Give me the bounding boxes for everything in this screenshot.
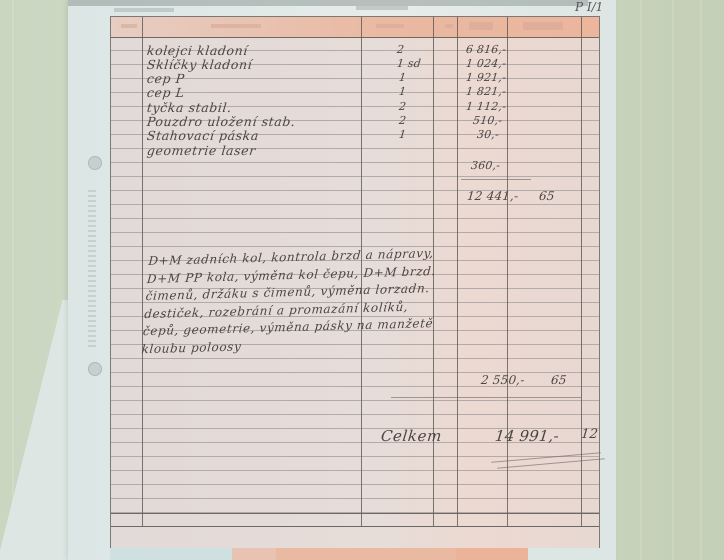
- column-divider: [507, 17, 508, 527]
- item-description: kolejci kladoní: [146, 43, 249, 58]
- printed-label-left: [114, 8, 174, 12]
- item-description: Sklíčky kladoní: [146, 57, 253, 72]
- invoice-sheet: kolejci kladoní 2 6 816,- Sklíčky kladon…: [110, 16, 600, 554]
- work-description-note: D+M zadních kol, kontrola brzd a nápravy…: [141, 245, 439, 359]
- item-description: tyčka stabil.: [146, 100, 232, 115]
- item-description: Pouzdro uložení stab.: [146, 114, 296, 129]
- column-divider: [581, 17, 582, 527]
- item-price: 1 112,-: [465, 100, 506, 113]
- labor-total: 2 550,-: [480, 373, 525, 387]
- column-divider: [457, 17, 458, 527]
- item-price: 1 921,-: [465, 71, 506, 84]
- footer-cell: [388, 548, 458, 560]
- side-printed-text: [88, 190, 96, 350]
- footer-cell: [232, 548, 278, 560]
- header-col-quantity: [376, 24, 404, 28]
- item-quantity: 1 sd: [396, 57, 421, 70]
- grand-total-cents: 12: [580, 427, 599, 442]
- header-col-total: [523, 22, 563, 30]
- clipboard-edge: [68, 0, 588, 6]
- item-quantity: 2: [396, 43, 405, 56]
- item-price: 1 821,-: [465, 85, 506, 98]
- footer-cell: [528, 548, 602, 560]
- footer-rule: [111, 526, 599, 540]
- grand-total: 14 991,-: [494, 427, 560, 445]
- table-header: [111, 17, 599, 38]
- column-divider: [142, 17, 143, 527]
- item-price: 360,-: [470, 159, 501, 172]
- labor-underline: [391, 397, 581, 398]
- item-price: 510,-: [472, 114, 503, 127]
- parts-subtotal-cents: 65: [538, 189, 555, 203]
- header-col-price: [469, 22, 493, 30]
- footer-cell: [276, 548, 390, 560]
- punch-hole-bottom: [88, 362, 102, 376]
- header-col-unit: [445, 24, 453, 28]
- item-quantity: 1: [398, 71, 407, 84]
- item-description: Stahovací páska: [146, 128, 260, 143]
- footer-cell: [456, 548, 530, 560]
- header-col-description: [211, 24, 261, 28]
- footer-rule: [111, 513, 599, 527]
- labor-total-cents: 65: [550, 373, 567, 387]
- corner-page-mark: P I/1: [575, 0, 603, 14]
- item-price: 1 024,-: [465, 57, 506, 70]
- item-price: 6 816,-: [465, 43, 506, 56]
- item-quantity: 2: [398, 114, 407, 127]
- punch-hole-top: [88, 156, 102, 170]
- header-col-code: [121, 24, 137, 28]
- subtotal-underline: [461, 179, 531, 180]
- parts-subtotal: 12 441,-: [466, 189, 519, 203]
- printed-label-center: [356, 6, 408, 10]
- item-quantity: 1: [398, 128, 407, 141]
- item-quantity: 1: [398, 85, 407, 98]
- footer-cell: [110, 548, 234, 560]
- item-description: cep P: [146, 71, 185, 86]
- item-quantity: 2: [398, 100, 407, 113]
- item-price: 30,-: [476, 128, 499, 141]
- item-description: cep L: [146, 85, 185, 100]
- grand-total-label: Celkem: [380, 427, 443, 445]
- footer-summary-strip: [110, 548, 598, 560]
- item-description: geometrie laser: [146, 143, 256, 158]
